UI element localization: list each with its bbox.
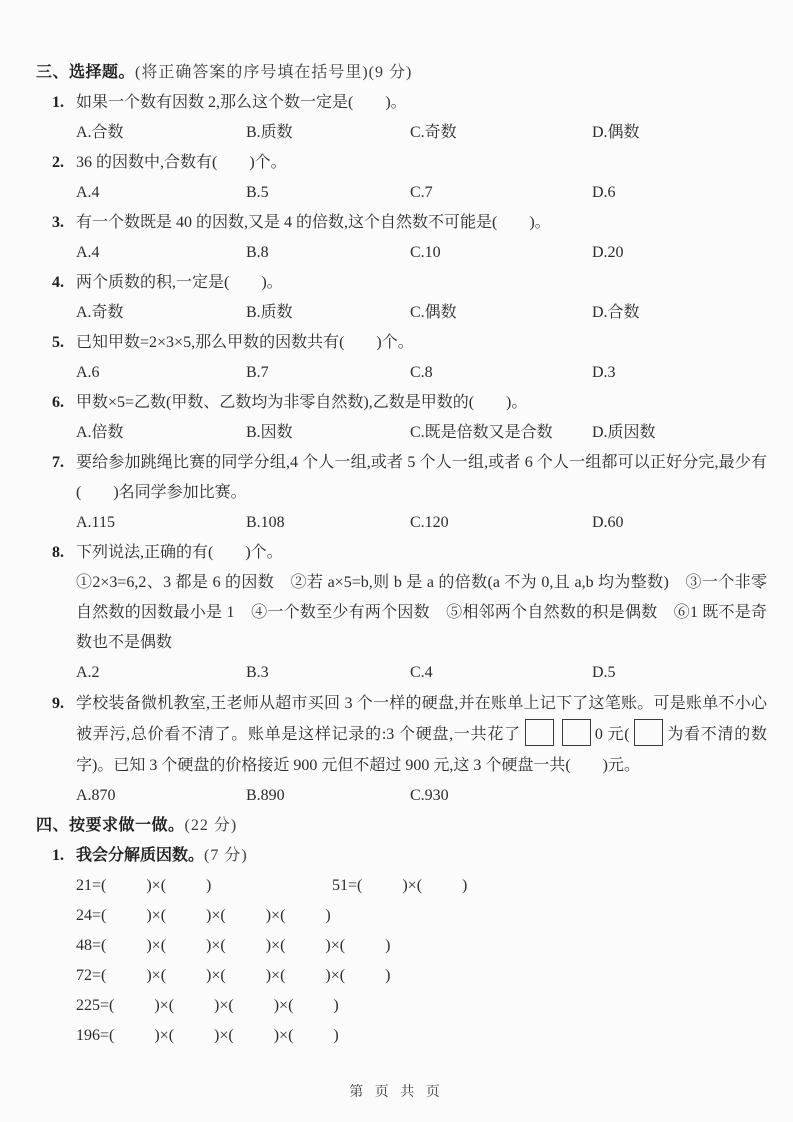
question-7-number: 7.: [52, 448, 64, 478]
question-8-option-d: D.5: [592, 658, 616, 688]
factorization-row-48: 48=( )×( )×( )×( )×( ): [36, 931, 767, 961]
question-9-option-c: C.930: [410, 781, 592, 811]
question-5: 5. 已知甲数=2×3×5,那么甲数的因数共有( )个。: [36, 328, 767, 358]
page-footer: 第 页 共 页: [0, 1078, 793, 1108]
factorization-row-21-51: 21=( )×( ) 51=( )×( ): [36, 871, 767, 901]
worksheet-page: 三、选择题。(将正确答案的序号填在括号里)(9 分) 1. 如果一个数有因数 2…: [0, 0, 793, 1122]
question-9-text-part1: 学校装备微机教室,王老师从超市买回 3 个一样的硬盘,并在账单上记下了这笔账。可…: [76, 695, 767, 743]
question-6: 6. 甲数×5=乙数(甲数、乙数均为非零自然数),乙数是甲数的( )。: [36, 388, 767, 418]
question-1-options: A.合数 B.质数 C.奇数 D.偶数: [36, 118, 767, 148]
question-9-option-a: A.870: [76, 781, 246, 811]
section-three-note: (将正确答案的序号填在括号里)(9 分): [135, 64, 412, 81]
question-6-option-d: D.质因数: [592, 418, 656, 448]
question-7-text: 要给参加跳绳比赛的同学分组,4 个人一组,或者 5 个人一组,或者 6 个人一组…: [76, 454, 767, 501]
question-6-option-c: C.既是倍数又是合数: [410, 418, 592, 448]
question-4-number: 4.: [52, 268, 64, 298]
smudged-digit-box: [562, 719, 591, 746]
question-7-option-a: A.115: [76, 508, 246, 538]
question-4-text: 两个质数的积,一定是( )。: [76, 274, 283, 291]
question-9-number: 9.: [52, 688, 64, 719]
factorization-24: 24=( )×( )×( )×( ): [76, 901, 331, 931]
question-8-option-b: B.3: [246, 658, 410, 688]
question-4-options: A.奇数 B.质数 C.偶数 D.合数: [36, 298, 767, 328]
question-3-options: A.4 B.8 C.10 D.20: [36, 238, 767, 268]
question-6-options: A.倍数 B.因数 C.既是倍数又是合数 D.质因数: [36, 418, 767, 448]
question-1-option-b: B.质数: [246, 118, 410, 148]
question-6-number: 6.: [52, 388, 64, 418]
question-4-option-c: C.偶数: [410, 298, 592, 328]
question-4-option-d: D.合数: [592, 298, 640, 328]
task-note: (7 分): [204, 847, 248, 864]
question-5-text: 已知甲数=2×3×5,那么甲数的因数共有( )个。: [76, 334, 414, 351]
question-1: 1. 如果一个数有因数 2,那么这个数一定是( )。: [36, 88, 767, 118]
question-2-option-b: B.5: [246, 178, 410, 208]
question-7-options: A.115 B.108 C.120 D.60: [36, 508, 767, 538]
section-three-heading: 三、选择题。(将正确答案的序号填在括号里)(9 分): [36, 58, 767, 88]
question-1-number: 1.: [52, 88, 64, 118]
smudged-digit-box: [634, 719, 663, 746]
factorization-51: 51=( )×( ): [332, 871, 467, 901]
question-3-option-c: C.10: [410, 238, 592, 268]
question-5-option-b: B.7: [246, 358, 410, 388]
question-3-text: 有一个数既是 40 的因数,又是 4 的倍数,这个自然数不可能是( )。: [76, 214, 551, 231]
question-8-statements-text: ①2×3=6,2、3 都是 6 的因数 ②若 a×5=b,则 b 是 a 的倍数…: [76, 574, 767, 651]
question-3-option-d: D.20: [592, 238, 624, 268]
question-8-option-a: A.2: [76, 658, 246, 688]
factorization-row-72: 72=( )×( )×( )×( )×( ): [36, 961, 767, 991]
question-5-number: 5.: [52, 328, 64, 358]
question-9-option-b: B.890: [246, 781, 410, 811]
question-1-option-c: C.奇数: [410, 118, 592, 148]
question-5-options: A.6 B.7 C.8 D.3: [36, 358, 767, 388]
task-text: 我会分解质因数。: [76, 847, 204, 864]
question-7-option-c: C.120: [410, 508, 592, 538]
section-four-title: 四、按要求做一做。: [36, 817, 185, 834]
question-2-option-d: D.6: [592, 178, 616, 208]
question-8-options: A.2 B.3 C.4 D.5: [36, 658, 767, 688]
question-9-options: A.870 B.890 C.930: [36, 781, 767, 811]
question-5-option-a: A.6: [76, 358, 246, 388]
factorization-21: 21=( )×( ): [76, 871, 332, 901]
factorization-48: 48=( )×( )×( )×( )×( ): [76, 931, 390, 961]
question-2-options: A.4 B.5 C.7 D.6: [36, 178, 767, 208]
smudged-digit-box: [525, 719, 554, 746]
question-7-option-d: D.60: [592, 508, 624, 538]
question-4-option-b: B.质数: [246, 298, 410, 328]
question-2-option-a: A.4: [76, 178, 246, 208]
question-2: 2. 36 的因数中,合数有( )个。: [36, 148, 767, 178]
section-four-note: (22 分): [185, 817, 238, 834]
question-7: 7. 要给参加跳绳比赛的同学分组,4 个人一组,或者 5 个人一组,或者 6 个…: [36, 448, 767, 508]
question-4-option-a: A.奇数: [76, 298, 246, 328]
question-8-statements: ①2×3=6,2、3 都是 6 的因数 ②若 a×5=b,则 b 是 a 的倍数…: [36, 568, 767, 658]
question-8: 8. 下列说法,正确的有( )个。: [36, 538, 767, 568]
question-3-number: 3.: [52, 208, 64, 238]
question-8-text: 下列说法,正确的有( )个。: [76, 544, 283, 561]
factorization-row-24: 24=( )×( )×( )×( ): [36, 901, 767, 931]
question-6-text: 甲数×5=乙数(甲数、乙数均为非零自然数),乙数是甲数的( )。: [76, 394, 527, 411]
question-3-option-b: B.8: [246, 238, 410, 268]
factorization-row-196: 196=( )×( )×( )×( ): [36, 1021, 767, 1051]
factorization-row-225: 225=( )×( )×( )×( ): [36, 991, 767, 1021]
question-6-option-a: A.倍数: [76, 418, 246, 448]
question-2-text: 36 的因数中,合数有( )个。: [76, 154, 287, 171]
question-3: 3. 有一个数既是 40 的因数,又是 4 的倍数,这个自然数不可能是( )。: [36, 208, 767, 238]
factorization-task: 1. 我会分解质因数。(7 分): [36, 841, 767, 871]
question-8-number: 8.: [52, 538, 64, 568]
question-8-option-c: C.4: [410, 658, 592, 688]
question-7-option-b: B.108: [246, 508, 410, 538]
question-3-option-a: A.4: [76, 238, 246, 268]
section-four-heading: 四、按要求做一做。(22 分): [36, 811, 767, 841]
question-1-text: 如果一个数有因数 2,那么这个数一定是( )。: [76, 94, 407, 111]
factorization-72: 72=( )×( )×( )×( )×( ): [76, 961, 390, 991]
question-2-option-c: C.7: [410, 178, 592, 208]
factorization-196: 196=( )×( )×( )×( ): [76, 1021, 339, 1051]
question-4: 4. 两个质数的积,一定是( )。: [36, 268, 767, 298]
section-three-title: 三、选择题。: [36, 64, 135, 81]
question-9: 9. 学校装备微机教室,王老师从超市买回 3 个一样的硬盘,并在账单上记下了这笔…: [36, 688, 767, 781]
question-1-option-d: D.偶数: [592, 118, 640, 148]
question-5-option-c: C.8: [410, 358, 592, 388]
question-5-option-d: D.3: [592, 358, 616, 388]
question-6-option-b: B.因数: [246, 418, 410, 448]
task-number: 1.: [52, 841, 64, 871]
factorization-225: 225=( )×( )×( )×( ): [76, 991, 339, 1021]
question-9-text-part2: 0 元(: [595, 726, 630, 743]
question-2-number: 2.: [52, 148, 64, 178]
question-1-option-a: A.合数: [76, 118, 246, 148]
